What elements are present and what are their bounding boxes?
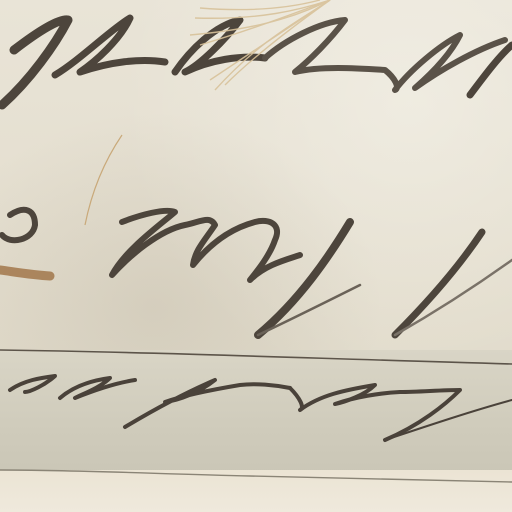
- ruled-line: [0, 350, 512, 364]
- handwriting-line-2: [2, 210, 512, 335]
- brown-stain: [0, 270, 50, 276]
- torn-paper-edge: [0, 470, 512, 482]
- handwriting-line-1: [2, 18, 512, 105]
- handwritten-document-photo: Close-up of handwritten cursive on aged …: [0, 0, 512, 512]
- ink-strokes: [0, 0, 512, 512]
- handwriting-line-3: [10, 376, 512, 440]
- stray-fiber: [85, 135, 122, 225]
- plant-fiber-tuft: [190, 0, 330, 90]
